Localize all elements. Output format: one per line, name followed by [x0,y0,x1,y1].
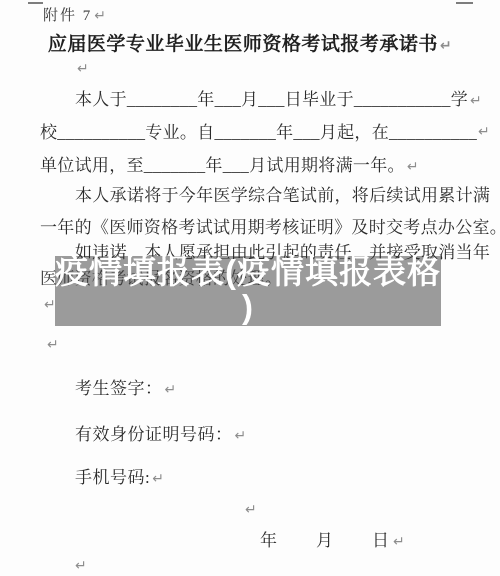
paragraph-mark-icon: ↵ [470,93,482,109]
page-margin-mark-left [28,2,43,4]
date-year-label: 年 [260,526,277,551]
paragraph-mark-icon: ↵ [235,428,247,444]
page-title-text: 应届医学专业毕业生医师资格考试报考承诺书 [48,34,438,55]
paragraph-mark-icon: ↵ [152,471,164,487]
watermark-title-line2: ) [55,289,441,324]
body-line: 本人承诺将于今年医学综合笔试前，将后续试用累计满 [40,185,470,207]
watermark-title: 疫情填报表(疫情填报表格 ) [55,254,441,324]
date-month-label: 月 [316,526,333,551]
date-line: 年 月 日 ↵ [260,526,405,551]
paragraph-mark-icon: ↵ [165,382,177,398]
paragraph-mark-icon: ↵ [77,61,89,77]
body-line: 校__________专业。自_______年___月起，在__________ [40,122,470,144]
page-title: 应届医学专业毕业生医师资格考试报考承诺书↵ [0,29,500,56]
paragraph-mark-icon: ↵ [94,8,108,24]
paragraph-mark-icon: ↵ [407,159,419,175]
watermark-title-line1: 疫情填报表(疫情填报表格 [55,254,441,289]
body-line-text: 本人承诺将于今年医学综合笔试前，将后续试用累计满 [75,186,490,205]
signature-field-label: 考生签字：↵ [75,374,177,399]
phone-label-text: 手机号码: [75,468,150,487]
document-page: 附件 7↵ 应届医学专业毕业生医师资格考试报考承诺书↵ ↵ 本人于_______… [0,0,500,576]
attachment-label: 附件 7↵ [43,4,108,25]
paragraph-mark-icon: ↵ [478,124,490,140]
id-number-field-label: 有效身份证明号码：↵ [75,420,247,445]
body-line-text: 本人于________年___月___日毕业于___________学 [75,90,468,109]
body-line: 一年的《医师资格考试试用期考核证明》及时交考点办公室。↵ [40,217,470,240]
paragraph-mark-icon: ↵ [393,534,405,550]
paragraph-mark-icon: ↵ [75,558,87,574]
body-line-text: 一年的《医师资格考试试用期考核证明》及时交考点办公室。 [40,218,500,237]
signature-label-text: 考生签字： [75,379,163,398]
phone-field-label: 手机号码:↵ [75,463,164,488]
body-line-text: 校__________专业。自_______年___月起，在__________ [40,123,477,142]
body-line: 本人于________年___月___日毕业于___________学↵ [40,89,470,112]
id-number-label-text: 有效身份证明号码： [75,425,233,444]
paragraph-mark-icon: ↵ [245,502,257,518]
attachment-label-text: 附件 7 [43,8,92,24]
paragraph-mark-icon: ↵ [47,337,59,353]
body-line: 单位试用，至_______年___月试用期将满一年。↵ [40,155,470,178]
paragraph-mark-icon: ↵ [44,297,56,313]
date-day-label: 日 [372,526,389,551]
page-margin-mark-right [456,2,473,4]
body-line-text: 单位试用，至_______年___月试用期将满一年。 [40,156,405,175]
paragraph-mark-icon: ↵ [440,38,452,54]
